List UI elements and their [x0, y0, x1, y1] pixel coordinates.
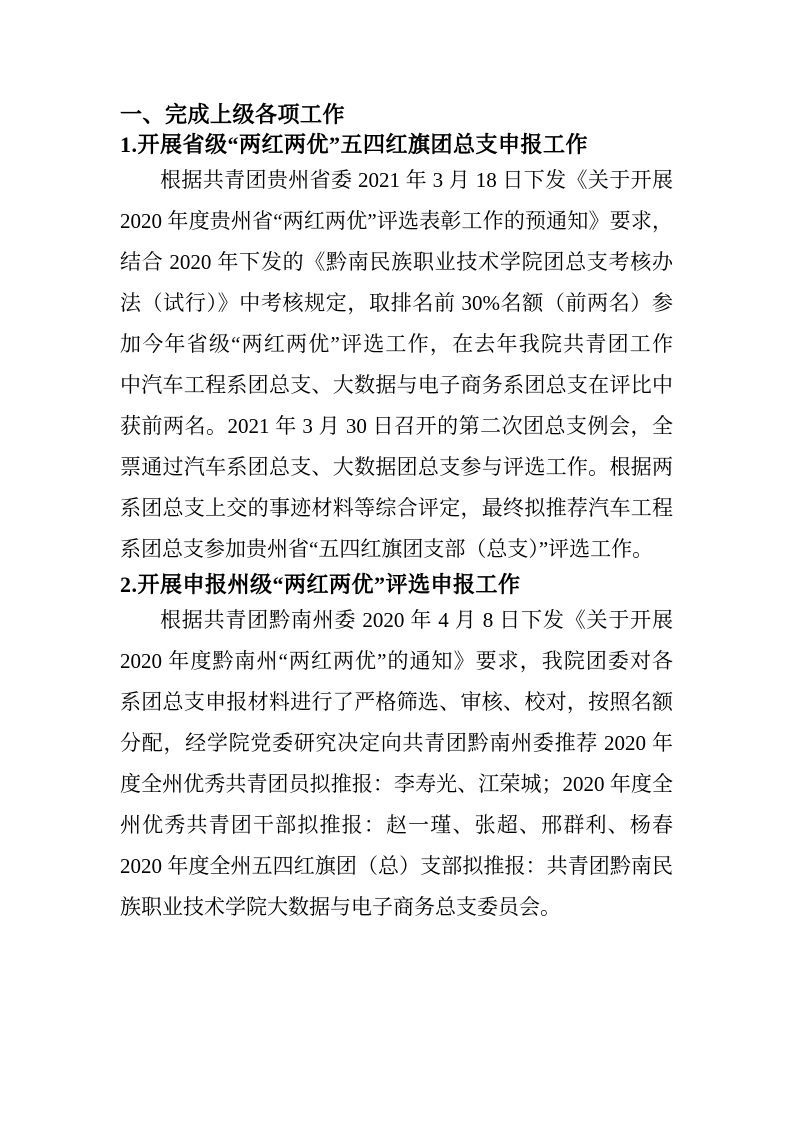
text-line: 加今年省级“两红两优”评选工作，在去年我院共青团工作	[120, 324, 673, 365]
text-line: 系团总支上交的事迹材料等综合评定，最终拟推荐汽车工程	[120, 488, 673, 529]
text-line: 系团总支参加贵州省“五四红旗团支部（总支）”评选工作。	[120, 529, 673, 570]
text-line: 根据共青团贵州省委 2021 年 3 月 18 日下发《关于开展	[120, 160, 673, 201]
text-line: 系团总支申报材料进行了严格筛选、审核、校对，按照名额	[120, 682, 673, 723]
document-page: 一、完成上级各项工作 1.开展省级“两红两优”五四红旗团总支申报工作 根据共青团…	[0, 0, 793, 1122]
paragraph-1: 根据共青团贵州省委 2021 年 3 月 18 日下发《关于开展 2020 年度…	[120, 160, 673, 570]
text-line: 族职业技术学院大数据与电子商务总支委员会。	[120, 887, 673, 928]
subsection-heading-2: 2.开展申报州级“两红两优”评选申报工作	[120, 570, 673, 600]
text-line: 获前两名。2021 年 3 月 30 日召开的第二次团总支例会，全	[120, 406, 673, 447]
document-content: 一、完成上级各项工作 1.开展省级“两红两优”五四红旗团总支申报工作 根据共青团…	[120, 100, 673, 928]
text-line: 结合 2020 年下发的《黔南民族职业技术学院团总支考核办	[120, 242, 673, 283]
paragraph-2: 根据共青团黔南州委 2020 年 4 月 8 日下发《关于开展 2020 年度黔…	[120, 600, 673, 928]
text-line: 度全州优秀共青团员拟推报：李寿光、江荣城；2020 年度全	[120, 764, 673, 805]
text-line: 根据共青团黔南州委 2020 年 4 月 8 日下发《关于开展	[120, 600, 673, 641]
text-line: 法（试行）》中考核规定，取排名前 30%名额（前两名）参	[120, 283, 673, 324]
text-line: 中汽车工程系团总支、大数据与电子商务系团总支在评比中	[120, 365, 673, 406]
text-line: 分配，经学院党委研究决定向共青团黔南州委推荐 2020 年	[120, 723, 673, 764]
text-line: 2020 年度贵州省“两红两优”评选表彰工作的预通知》要求，	[120, 201, 673, 242]
subsection-heading-1: 1.开展省级“两红两优”五四红旗团总支申报工作	[120, 130, 673, 160]
text-line: 2020 年度黔南州“两红两优”的通知》要求，我院团委对各	[120, 641, 673, 682]
section-heading: 一、完成上级各项工作	[120, 100, 673, 130]
text-line: 2020 年度全州五四红旗团（总）支部拟推报：共青团黔南民	[120, 846, 673, 887]
text-line: 票通过汽车系团总支、大数据团总支参与评选工作。根据两	[120, 447, 673, 488]
text-line: 州优秀共青团干部拟推报：赵一瑾、张超、邢群利、杨春红；	[120, 805, 673, 846]
